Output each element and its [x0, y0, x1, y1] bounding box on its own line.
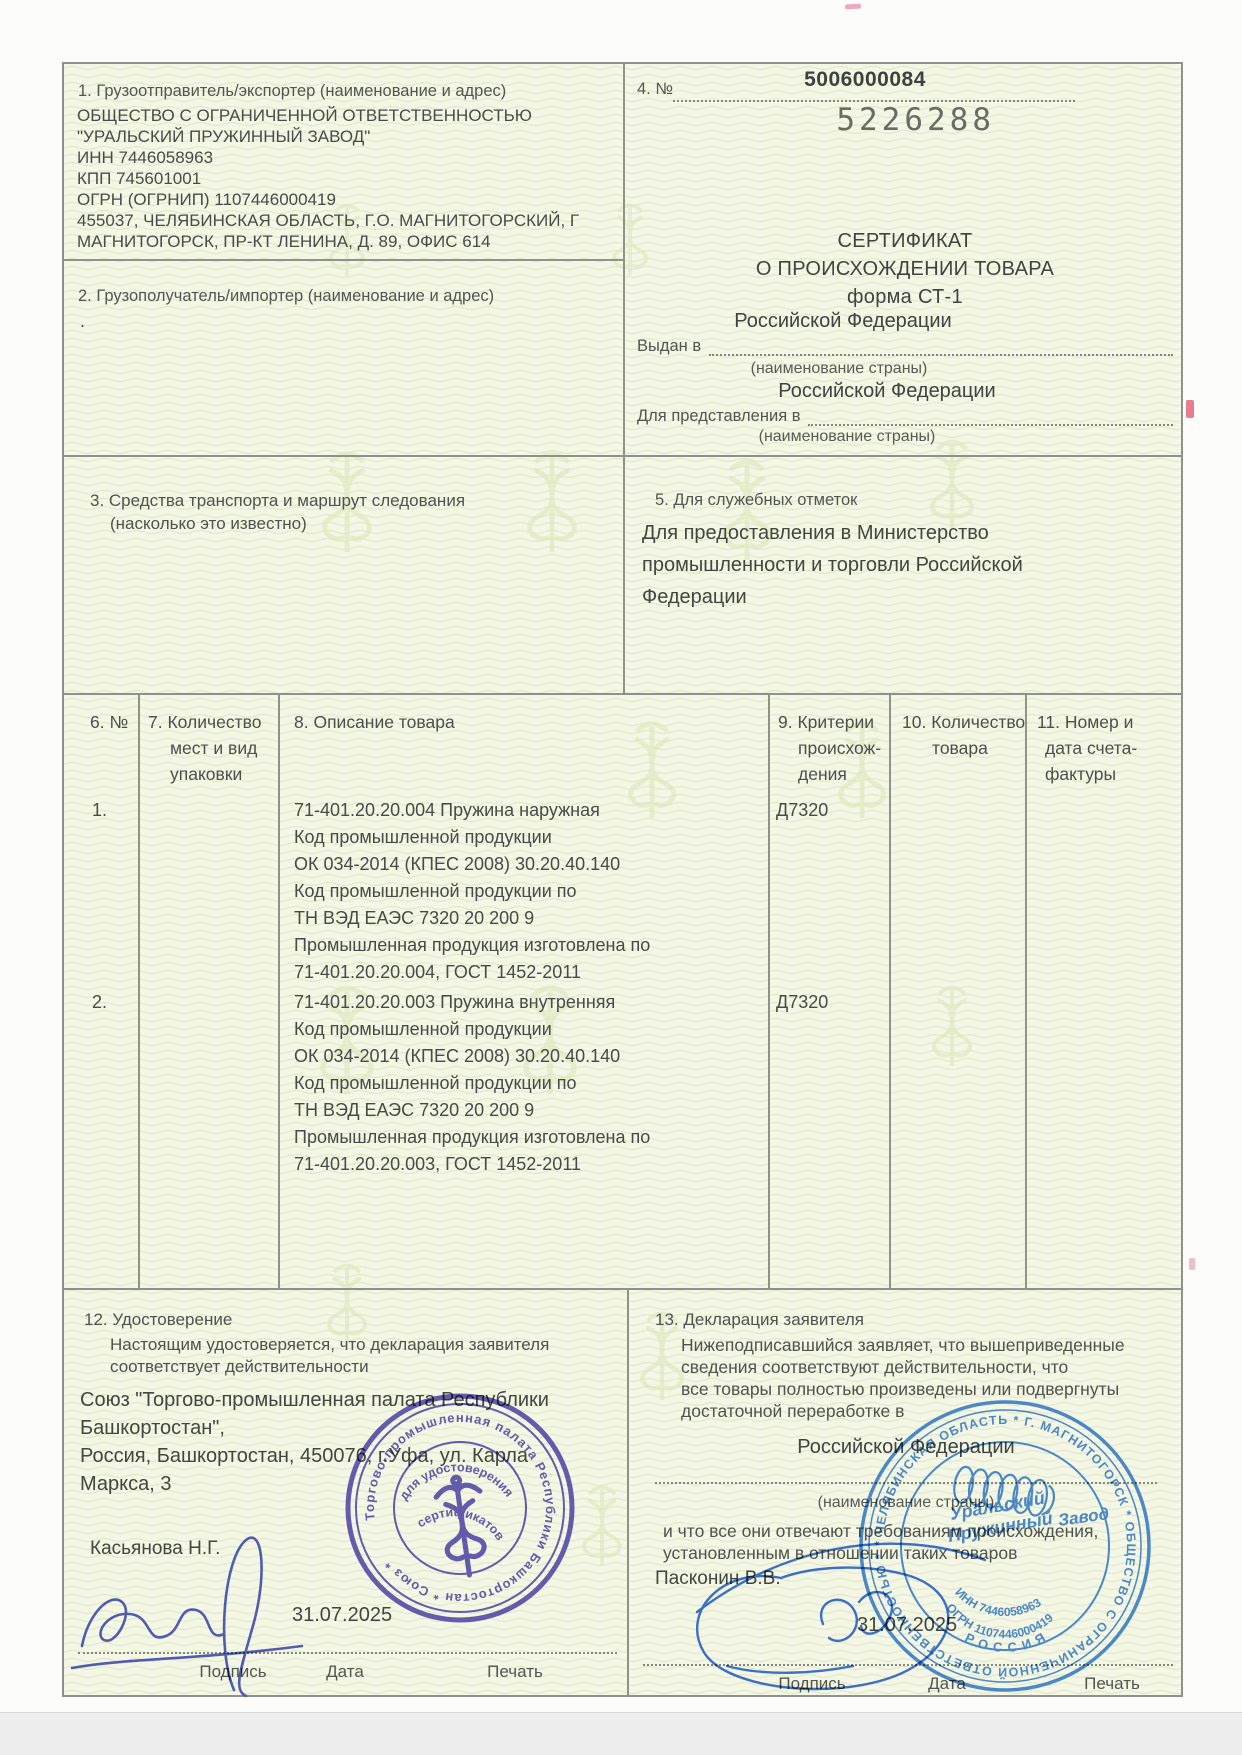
declaration-label: 13. Декларация заявителя — [655, 1310, 864, 1330]
transport-box: 3. Средства транспорта и маршрут следова… — [64, 455, 625, 693]
col-header-quantity: 10. Количество товара — [902, 709, 1054, 761]
blank-number: 5226288 — [836, 102, 995, 138]
issued-in-row: Выдан в — [637, 316, 1173, 356]
row-criteria: Д7320 — [776, 989, 828, 1016]
row-criteria: Д7320 — [776, 797, 828, 824]
certifier-signature — [66, 1518, 336, 1697]
col-header-criteria: 9. Критерии происхож- дения — [778, 709, 904, 787]
presented-dotted-line — [808, 404, 1173, 426]
certificate-document: 1. Грузоотправитель/экспортер (наименова… — [62, 62, 1183, 1697]
col-header-invoice: 11. Номер и дата счета- фактуры — [1037, 709, 1187, 787]
stamp-caption: Печать — [470, 1662, 560, 1682]
official-marks-label: 5. Для служебных отметок — [655, 491, 857, 510]
consignee-box: 2. Грузополучатель/импортер (наименовани… — [64, 259, 625, 455]
certification-label: 12. Удостоверение — [84, 1310, 232, 1330]
issued-in-hint: (наименование страны) — [559, 360, 1119, 378]
row-number: 1. — [92, 797, 107, 824]
declaration-box: 13. Декларация заявителя Нижеподписавший… — [627, 1288, 1185, 1697]
row-number: 2. — [92, 989, 107, 1016]
transport-sublabel: (насколько это известно) — [110, 514, 307, 534]
col-header-description: 8. Описание товара — [294, 709, 455, 735]
scan-artifact — [845, 4, 861, 10]
row-description: 71-401.20.20.003 Пружина внутренняя Код … — [294, 989, 764, 1178]
issued-in-dotted-line — [709, 334, 1173, 356]
certificate-head-box: 4. № 5006000084 5226288 СЕРТИФИКАТ О ПРО… — [625, 64, 1185, 455]
transport-label: 3. Средства транспорта и маршрут следова… — [90, 491, 465, 511]
registration-number: 5006000084 — [735, 68, 995, 92]
consignor-box: 1. Грузоотправитель/экспортер (наименова… — [64, 64, 625, 259]
col-header-no: 6. № — [90, 709, 128, 735]
scan-artifact — [1186, 400, 1194, 418]
scanned-certificate-page: { "doc": { "box1": { "label": "1. Грузоо… — [0, 0, 1242, 1755]
goods-table: 6. № 7. Количество мест и вид упаковки 8… — [64, 693, 1185, 1288]
certificate-number-label: 4. № — [637, 80, 673, 99]
scan-artifact — [1189, 1258, 1195, 1270]
consignor-label: 1. Грузоотправитель/экспортер (наименова… — [78, 82, 506, 101]
declarant-signature — [663, 1516, 995, 1697]
scanner-edge-strip — [0, 1712, 1242, 1755]
consignor-details: ОБЩЕСТВО С ОГРАНИЧЕННОЙ ОТВЕТСТВЕННОСТЬЮ… — [77, 105, 579, 252]
svg-text:Завод: Завод — [1057, 1504, 1110, 1530]
official-marks-text: Для предоставления в Министерство промыш… — [642, 517, 1023, 613]
certificate-title: СЕРТИФИКАТ О ПРОИСХОЖДЕНИИ ТОВАРА форма … — [625, 227, 1185, 311]
presented-row: Для представления в — [637, 386, 1173, 426]
issued-in-label: Выдан в — [637, 337, 701, 356]
consignee-value: . — [80, 311, 85, 332]
presented-label: Для представления в — [637, 407, 800, 426]
presented-hint: (наименование страны) — [567, 428, 1127, 446]
certification-box: 12. Удостоверение Настоящим удостоверяет… — [64, 1288, 627, 1697]
official-marks-box: 5. Для служебных отметок Для предоставле… — [625, 455, 1185, 693]
chamber-stamp: Торгово-промышленная палата Республики Б… — [324, 1372, 595, 1643]
certification-statement: Настоящим удостоверяется, что декларация… — [110, 1334, 549, 1378]
chamber-stamp-inner-text: для удостоверения сертификатов — [393, 1454, 519, 1545]
row-description: 71-401.20.20.004 Пружина наружная Код пр… — [294, 797, 764, 986]
consignee-label: 2. Грузополучатель/импортер (наименовани… — [78, 287, 494, 306]
col-header-packages: 7. Количество мест и вид упаковки — [148, 709, 294, 787]
